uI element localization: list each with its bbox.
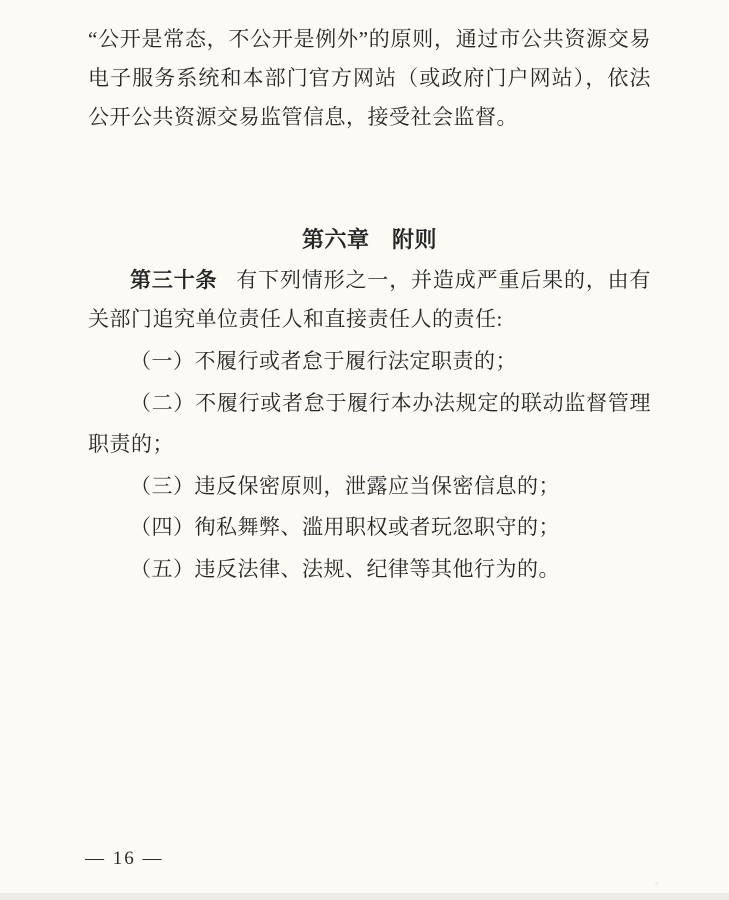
page-number: — 16 — bbox=[85, 848, 164, 870]
chapter-heading: 第六章 附则 bbox=[88, 220, 651, 260]
document-body: “公开是常态，不公开是例外”的原则，通过市公共资源交易电子服务系统和本部门官方网… bbox=[0, 0, 729, 590]
clause-item-3: （三）违反保密原则，泄露应当保密信息的； bbox=[88, 466, 651, 508]
clause-item-4: （四）徇私舞弊、滥用职权或者玩忽职守的； bbox=[88, 507, 651, 549]
clause-item-2: （二）不履行或者怠于履行本办法规定的联动监督管理职责的； bbox=[88, 383, 651, 466]
clause-item-5: （五）违反法律、法规、纪律等其他行为的。 bbox=[88, 549, 651, 591]
article-number: 第三十条 bbox=[130, 268, 217, 292]
paragraph-continuation: “公开是常态，不公开是例外”的原则，通过市公共资源交易电子服务系统和本部门官方网… bbox=[88, 20, 651, 137]
scan-edge-artifact bbox=[0, 893, 729, 900]
clause-list: （一）不履行或者怠于履行法定职责的； （二）不履行或者怠于履行本办法规定的联动监… bbox=[88, 341, 651, 590]
document-page: “公开是常态，不公开是例外”的原则，通过市公共资源交易电子服务系统和本部门官方网… bbox=[0, 0, 729, 900]
clause-item-1: （一）不履行或者怠于履行法定职责的； bbox=[88, 341, 651, 383]
scan-speck-artifact bbox=[655, 882, 659, 885]
article-paragraph: 第三十条有下列情形之一，并造成严重后果的，由有关部门追究单位责任人和直接责任人的… bbox=[88, 261, 651, 339]
